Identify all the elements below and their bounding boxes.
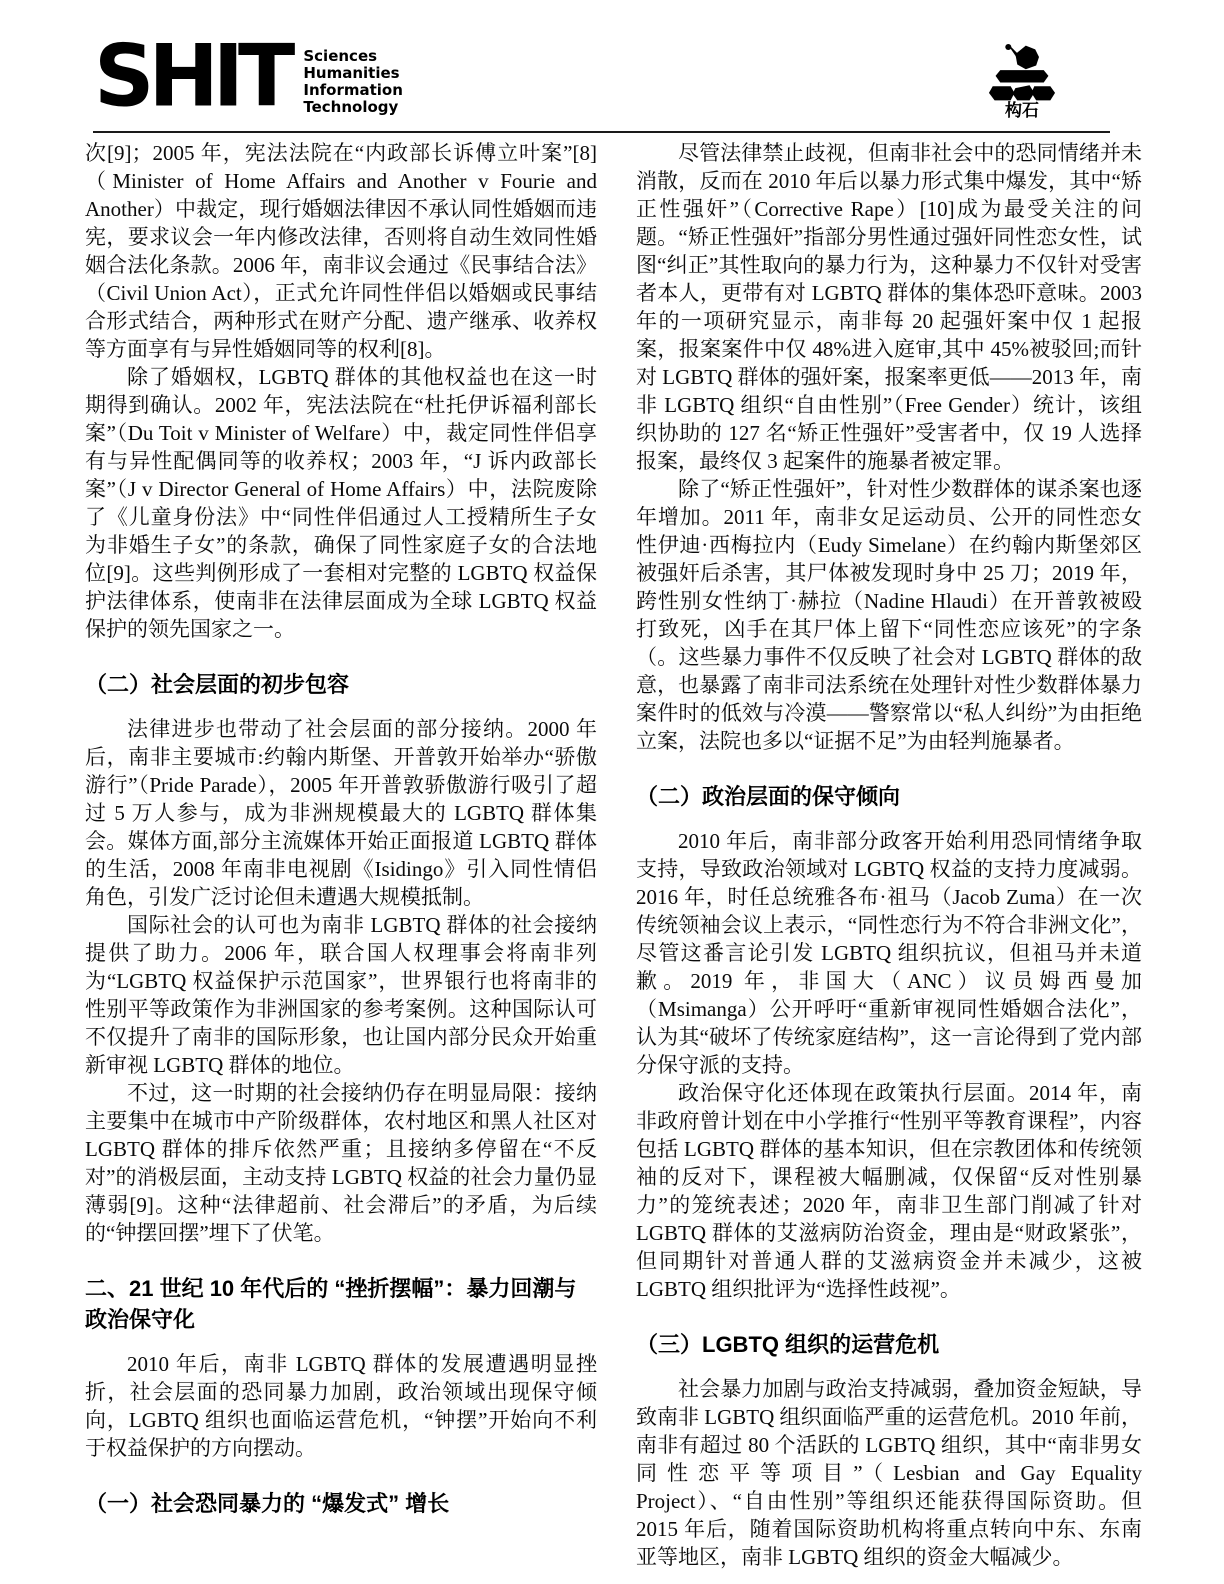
paragraph: 社会暴力加剧与政治支持减弱，叠加资金短缺，导致南非 LGBTQ 组织面临严重的运… [636,1375,1142,1571]
subsection-heading: （二）社会层面的初步包容 [85,669,597,700]
paragraph: 不过，这一时期的社会接纳仍存在明显局限：接纳主要集中在城市中产阶级群体，农村地区… [85,1079,597,1247]
paragraph: 法律进步也带动了社会层面的部分接纳。2000 年后，南非主要城市:约翰内斯堡、开… [85,715,597,911]
journal-logo: SHIT [94,36,289,116]
paragraph: 2010 年后，南非部分政客开始利用恐同情绪争取支持，导致政治领域对 LGBTQ… [636,827,1142,1079]
journal-logo-group: SHIT Sciences Humanities Information Tec… [94,36,403,116]
subsection-heading: （三）LGBTQ 组织的运营危机 [636,1329,1142,1360]
header-divider [93,131,1110,133]
logo-subtitle-line: Information [303,82,403,99]
logo-subtitle-line: Technology [303,99,403,116]
publisher-label: 构石 [984,102,1060,120]
paragraph: 除了“矫正性强奸”，针对性少数群体的谋杀案也逐年增加。2011 年，南非女足运动… [636,475,1142,755]
paragraph: 尽管法律禁止歧视，但南非社会中的恐同情绪并未消散，反而在 2010 年后以暴力形… [636,139,1142,475]
subsection-heading: （二）政治层面的保守倾向 [636,781,1142,812]
paragraph: 次[9]；2005 年，宪法法院在“内政部长诉傅立叶案”[8]（Minister… [85,139,597,363]
right-column: 尽管法律禁止歧视，但南非社会中的恐同情绪并未消散，反而在 2010 年后以暴力形… [636,139,1142,1571]
journal-header: SHIT Sciences Humanities Information Tec… [94,36,1140,126]
logo-subtitle-line: Humanities [303,65,403,82]
paragraph: 除了婚姻权，LGBTQ 群体的其他权益也在这一时期得到确认。2002 年，宪法法… [85,363,597,643]
subsection-heading: （一）社会恐同暴力的 “爆发式” 增长 [85,1488,597,1519]
logo-subtitle-line: Sciences [303,48,403,65]
publisher-mark: 构石 [984,42,1060,120]
paragraph: 2010 年后，南非 LGBTQ 群体的发展遭遇明显挫折，社会层面的恐同暴力加剧… [85,1350,597,1462]
journal-logo-subtitle: Sciences Humanities Information Technolo… [303,48,403,116]
left-column: 次[9]；2005 年，宪法法院在“内政部长诉傅立叶案”[8]（Minister… [85,139,597,1534]
stacked-stones-icon [988,42,1056,104]
paragraph: 政治保守化还体现在政策执行层面。2014 年，南非政府曾计划在中小学推行“性别平… [636,1079,1142,1303]
document-page: SHIT Sciences Humanities Information Tec… [0,0,1224,1584]
section-heading: 二、21 世纪 10 年代后的 “挫折摆幅”：暴力回潮与政治保守化 [85,1273,597,1335]
paragraph: 国际社会的认可也为南非 LGBTQ 群体的社会接纳提供了助力。2006 年，联合… [85,911,597,1079]
